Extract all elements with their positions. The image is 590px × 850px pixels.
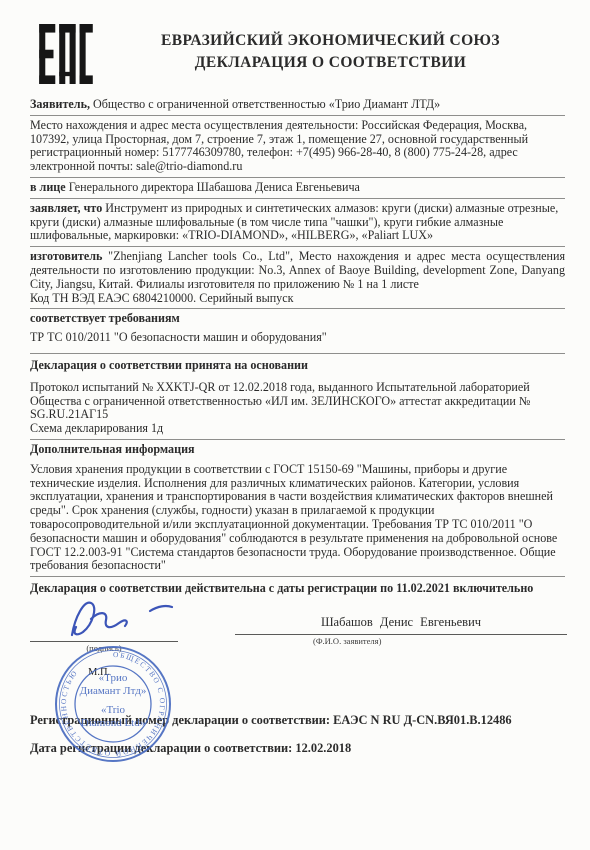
additional-heading: Дополнительная информация xyxy=(30,440,565,460)
registration-date-label: Дата регистрации декларации о соответств… xyxy=(30,741,292,755)
declares-row: заявляет, что Инструмент из природных и … xyxy=(30,199,565,247)
complies-row: соответствует требованиям ТР ТС 010/2011… xyxy=(30,309,565,354)
registration-number-value: ЕАЭС N RU Д-CN.ВЯ01.В.12486 xyxy=(333,713,511,727)
handwritten-signature xyxy=(58,595,218,647)
declaration-document: ЕВРАЗИЙСКИЙ ЭКОНОМИЧЕСКИЙ СОЮЗ ДЕКЛАРАЦИ… xyxy=(0,0,590,850)
declaration-scheme: Схема декларирования 1д xyxy=(30,422,565,436)
applicant-full-name: Шабашов Денис Евгеньевич xyxy=(235,615,567,634)
basis-row: Протокол испытаний № XXKTJ-QR от 12.02.2… xyxy=(30,376,565,440)
tn-ved-code: Код ТН ВЭД ЕАЭС 6804210000. Серийный вып… xyxy=(30,292,565,306)
declares-text: Инструмент из природных и синтетических … xyxy=(30,201,558,243)
document-title: ЕВРАЗИЙСКИЙ ЭКОНОМИЧЕСКИЙ СОЮЗ ДЕКЛАРАЦИ… xyxy=(96,30,565,75)
applicant-name-caption: (Ф.И.О. заявителя) xyxy=(235,635,567,646)
basis-text: Протокол испытаний № XXKTJ-QR от 12.02.2… xyxy=(30,381,565,422)
manufacturer-paragraph: изготовитель "Zhenjiang Lancher tools Co… xyxy=(30,250,565,291)
address-row: Место нахождения и адрес места осуществл… xyxy=(30,116,565,178)
signature-area: (подпись) Шабашов Денис Евгеньевич (Ф.И.… xyxy=(30,611,565,667)
in-person-text: Генерального директора Шабашова Дениса Е… xyxy=(69,180,360,194)
registration-date-line: Дата регистрации декларации о соответств… xyxy=(30,741,565,756)
applicant-text: Общество с ограниченной ответственностью… xyxy=(93,97,440,111)
title-line-2: ДЕКЛАРАЦИЯ О СООТВЕТСТВИИ xyxy=(96,52,565,74)
registration-footer: Регистрационный номер декларации о соотв… xyxy=(30,713,565,756)
additional-info-text: Условия хранения продукции в соответстви… xyxy=(30,462,557,573)
registration-date-value: 12.02.2018 xyxy=(295,741,351,755)
address-text: Место нахождения и адрес места осуществл… xyxy=(30,118,528,173)
title-line-1: ЕВРАЗИЙСКИЙ ЭКОНОМИЧЕСКИЙ СОЮЗ xyxy=(96,30,565,52)
in-person-label: в лице xyxy=(30,180,66,194)
in-person-row: в лице Генерального директора Шабашова Д… xyxy=(30,178,565,199)
declares-label: заявляет, что xyxy=(30,201,102,215)
eac-mark-icon xyxy=(36,24,96,84)
registration-number-line: Регистрационный номер декларации о соотв… xyxy=(30,713,565,728)
applicant-row: Заявитель, Общество с ограниченной ответ… xyxy=(30,95,565,116)
document-header: ЕВРАЗИЙСКИЙ ЭКОНОМИЧЕСКИЙ СОЮЗ ДЕКЛАРАЦИ… xyxy=(30,20,565,84)
additional-info-row: Условия хранения продукции в соответстви… xyxy=(30,460,565,577)
manufacturer-text: "Zhenjiang Lancher tools Co., Ltd", Мест… xyxy=(30,249,565,291)
complies-heading: соответствует требованиям xyxy=(30,312,565,326)
manufacturer-label: изготовитель xyxy=(30,249,102,263)
applicant-name-block: Шабашов Денис Евгеньевич (Ф.И.О. заявите… xyxy=(235,615,567,646)
manufacturer-row: изготовитель "Zhenjiang Lancher tools Co… xyxy=(30,247,565,309)
registration-number-label: Регистрационный номер декларации о соотв… xyxy=(30,713,330,727)
mp-placeholder: М.П. xyxy=(88,667,110,678)
applicant-label: Заявитель, xyxy=(30,97,90,111)
svg-text:Диамант Лтд»: Диамант Лтд» xyxy=(80,685,147,697)
complies-text: ТР ТС 010/2011 "О безопасности машин и о… xyxy=(30,326,565,345)
basis-heading: Декларация о соответствии принята на осн… xyxy=(30,354,565,376)
